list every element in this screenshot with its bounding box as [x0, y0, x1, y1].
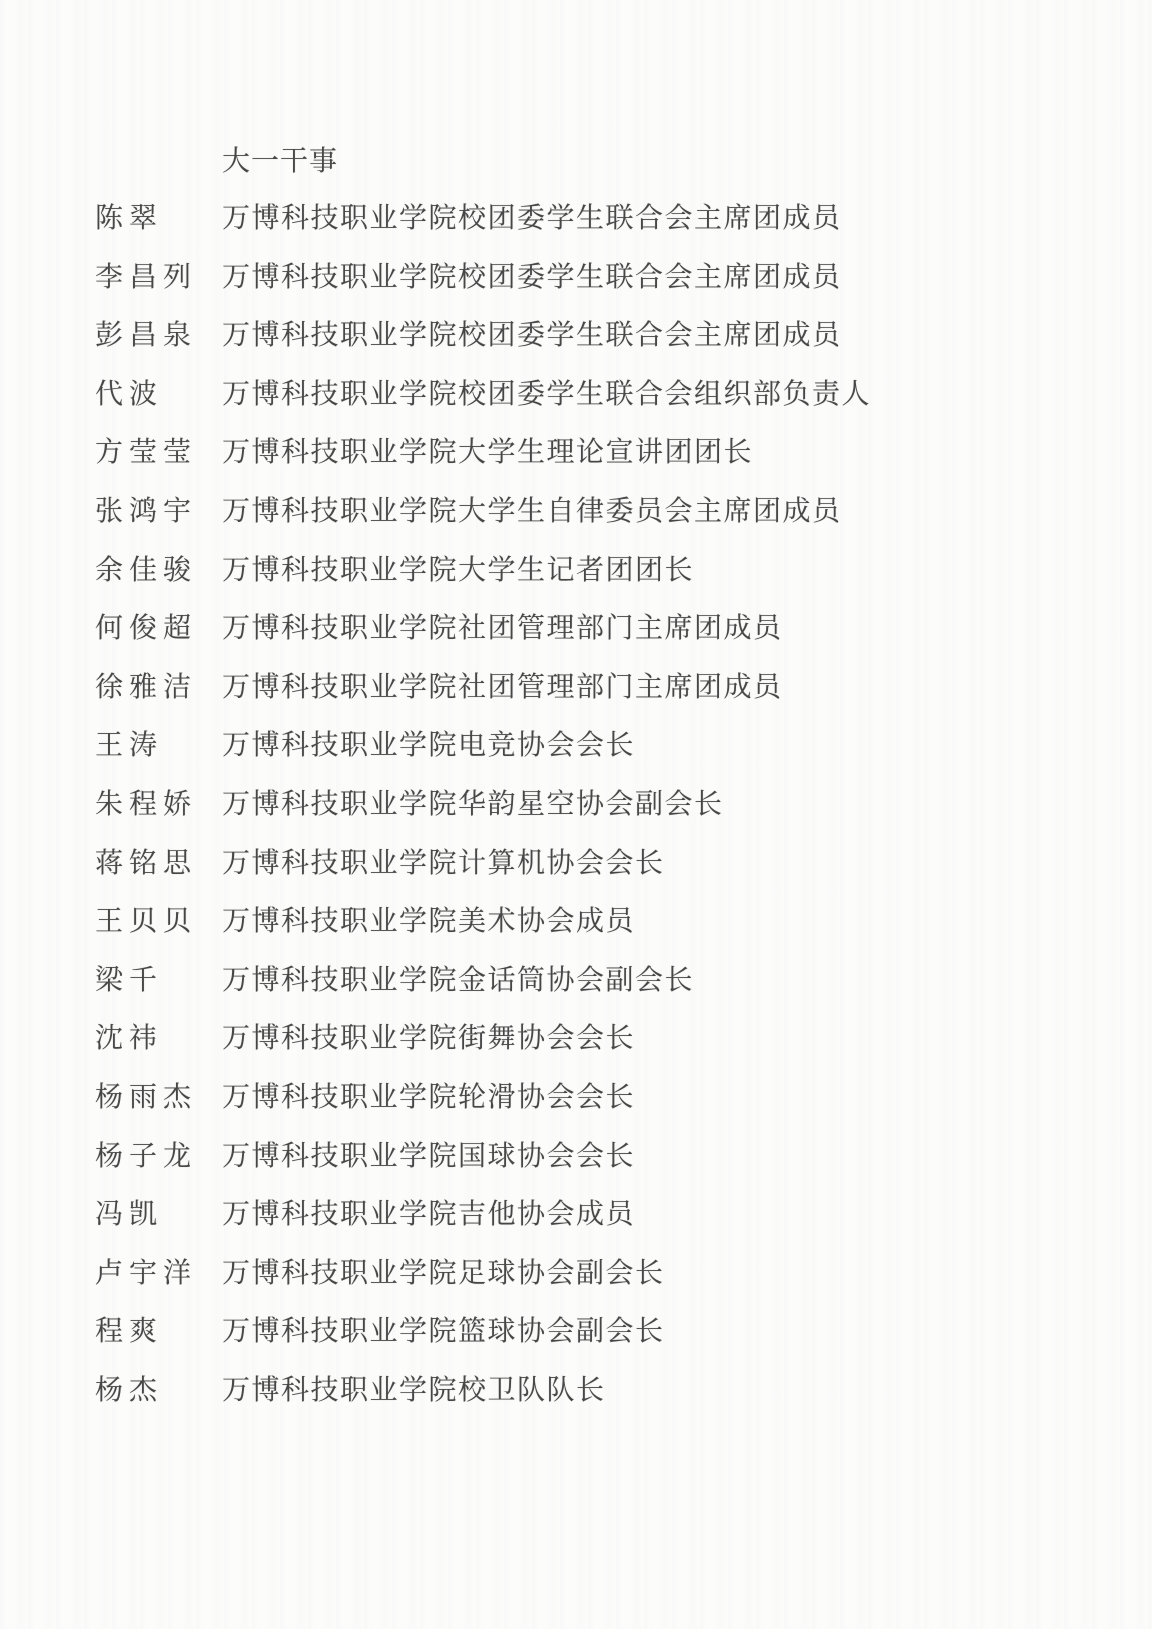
person-name: 卢宇洋: [95, 1258, 222, 1290]
table-row: 冯凯 万博科技职业学院吉他协会成员: [95, 1199, 1122, 1258]
person-name: 朱程娇: [95, 789, 222, 821]
person-name: 余佳骏: [95, 555, 222, 587]
person-name: 梁千: [95, 965, 222, 997]
person-name: 李昌列: [95, 262, 222, 294]
table-row: 卢宇洋 万博科技职业学院足球协会副会长: [95, 1258, 1122, 1317]
table-row: 余佳骏 万博科技职业学院大学生记者团团长: [95, 555, 1122, 614]
person-position: 万博科技职业学院校团委学生联合会主席团成员: [222, 203, 1122, 235]
person-name: 冯凯: [95, 1199, 222, 1231]
table-row: 杨子龙 万博科技职业学院国球协会会长: [95, 1141, 1122, 1200]
table-row: 代波 万博科技职业学院校团委学生联合会组织部负责人: [95, 379, 1122, 438]
table-row: 杨杰 万博科技职业学院校卫队队长: [95, 1375, 1122, 1434]
person-position: 万博科技职业学院社团管理部门主席团成员: [222, 672, 1122, 704]
person-name: 何俊超: [95, 613, 222, 645]
person-name: 徐雅洁: [95, 672, 222, 704]
person-position: 万博科技职业学院校团委学生联合会主席团成员: [222, 320, 1122, 352]
table-row: 张鸿宇 万博科技职业学院大学生自律委员会主席团成员: [95, 496, 1122, 555]
person-name: 彭昌泉: [95, 320, 222, 352]
person-position: 万博科技职业学院大学生自律委员会主席团成员: [222, 496, 1122, 528]
person-position: 万博科技职业学院校团委学生联合会组织部负责人: [222, 379, 1122, 411]
person-position: 万博科技职业学院大学生理论宣讲团团长: [222, 437, 1122, 469]
person-position: 万博科技职业学院电竞协会会长: [222, 730, 1122, 762]
person-position: 万博科技职业学院国球协会会长: [222, 1141, 1122, 1173]
table-row: 杨雨杰 万博科技职业学院轮滑协会会长: [95, 1082, 1122, 1141]
person-name: 杨杰: [95, 1375, 222, 1407]
section-title: 大一干事: [222, 146, 338, 178]
person-position: 万博科技职业学院篮球协会副会长: [222, 1316, 1122, 1348]
person-position: 万博科技职业学院轮滑协会会长: [222, 1082, 1122, 1114]
table-row: 李昌列 万博科技职业学院校团委学生联合会主席团成员: [95, 262, 1122, 321]
table-row: 蒋铭思 万博科技职业学院计算机协会会长: [95, 848, 1122, 907]
person-name: 代波: [95, 379, 222, 411]
person-name: 陈翠: [95, 203, 222, 235]
table-row: 沈祎 万博科技职业学院街舞协会会长: [95, 1023, 1122, 1082]
table-row: 方莹莹 万博科技职业学院大学生理论宣讲团团长: [95, 437, 1122, 496]
person-name: 杨子龙: [95, 1141, 222, 1173]
person-position: 万博科技职业学院大学生记者团团长: [222, 555, 1122, 587]
table-row: 陈翠 万博科技职业学院校团委学生联合会主席团成员: [95, 203, 1122, 262]
person-name: 程爽: [95, 1316, 222, 1348]
person-position: 万博科技职业学院校卫队队长: [222, 1375, 1122, 1407]
table-row: 彭昌泉 万博科技职业学院校团委学生联合会主席团成员: [95, 320, 1122, 379]
roster-list: 陈翠 万博科技职业学院校团委学生联合会主席团成员 李昌列 万博科技职业学院校团委…: [95, 203, 1122, 1433]
scanned-document-page: 大一干事 陈翠 万博科技职业学院校团委学生联合会主席团成员 李昌列 万博科技职业…: [0, 0, 1152, 1629]
person-name: 杨雨杰: [95, 1082, 222, 1114]
person-position: 万博科技职业学院美术协会成员: [222, 906, 1122, 938]
person-position: 万博科技职业学院社团管理部门主席团成员: [222, 613, 1122, 645]
person-name: 沈祎: [95, 1023, 222, 1055]
table-row: 程爽 万博科技职业学院篮球协会副会长: [95, 1316, 1122, 1375]
table-row: 徐雅洁 万博科技职业学院社团管理部门主席团成员: [95, 672, 1122, 731]
person-name: 方莹莹: [95, 437, 222, 469]
person-position: 万博科技职业学院街舞协会会长: [222, 1023, 1122, 1055]
person-position: 万博科技职业学院金话筒协会副会长: [222, 965, 1122, 997]
table-row: 朱程娇 万博科技职业学院华韵星空协会副会长: [95, 789, 1122, 848]
person-position: 万博科技职业学院计算机协会会长: [222, 848, 1122, 880]
table-row: 梁千 万博科技职业学院金话筒协会副会长: [95, 965, 1122, 1024]
person-position: 万博科技职业学院校团委学生联合会主席团成员: [222, 262, 1122, 294]
person-position: 万博科技职业学院华韵星空协会副会长: [222, 789, 1122, 821]
person-position: 万博科技职业学院吉他协会成员: [222, 1199, 1122, 1231]
person-name: 张鸿宇: [95, 496, 222, 528]
person-position: 万博科技职业学院足球协会副会长: [222, 1258, 1122, 1290]
person-name: 蒋铭思: [95, 848, 222, 880]
person-name: 王涛: [95, 730, 222, 762]
person-name: 王贝贝: [95, 906, 222, 938]
table-row: 王贝贝 万博科技职业学院美术协会成员: [95, 906, 1122, 965]
table-row: 何俊超 万博科技职业学院社团管理部门主席团成员: [95, 613, 1122, 672]
table-row: 王涛 万博科技职业学院电竞协会会长: [95, 730, 1122, 789]
